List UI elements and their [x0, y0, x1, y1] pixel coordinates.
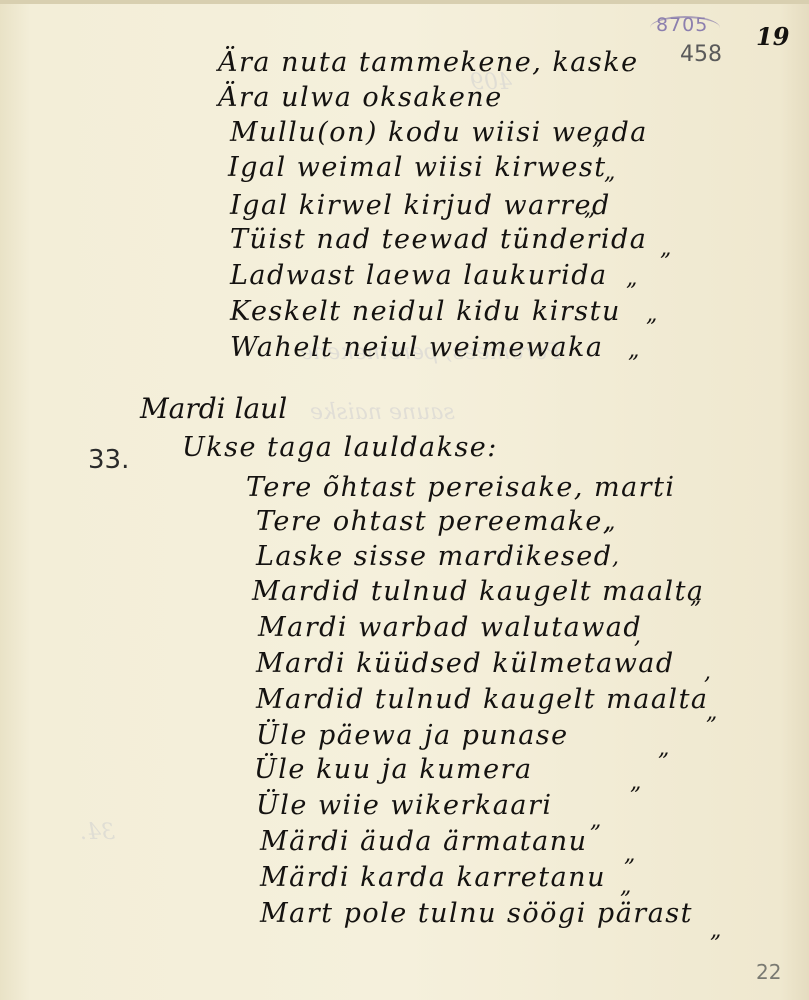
manuscript-page: 409 Peremees, peremekene saune naiske 34… [0, 0, 809, 1000]
ditto-mark: „ [630, 770, 641, 795]
song-title: Mardi laul [140, 392, 287, 425]
ditto-mark: „ [604, 510, 615, 535]
song-line: Mardid tulnud kaugelt maalta [256, 684, 709, 715]
ditto-mark: „ [590, 808, 601, 833]
ditto-mark: „ [592, 125, 603, 150]
song-line: Üle päewa ja punase [256, 720, 569, 751]
ditto-mark: „ [706, 700, 717, 725]
ditto-mark: „ [584, 196, 595, 221]
song-line: Märdi karda karretanu [260, 862, 606, 893]
song-line: Mardi warbad walutawad [258, 612, 642, 643]
verse-line: Ladwast laewa laukurida [230, 260, 608, 291]
ditto-mark: „ [604, 160, 615, 185]
ditto-mark: „ [624, 842, 635, 867]
ditto-mark: „ [710, 918, 721, 943]
verse-line: Ära nuta tammekene, kaske [218, 47, 639, 78]
song-line: Mardi küüdsed külmetawad [256, 648, 675, 679]
song-line: Mardid tulnud kaugelt maalta [252, 576, 705, 607]
verse-line: Ära ulwa oksakene [218, 82, 503, 113]
page-edge [0, 0, 809, 4]
song-line: Laske sisse mardikesed [256, 541, 613, 572]
ditto-mark: , [704, 660, 711, 685]
song-line: Mart pole tulnu söögi pärast [260, 898, 693, 929]
ditto-mark: , [612, 545, 619, 570]
bleed-through-text: saune naiske [310, 400, 455, 425]
archive-number: 458 [680, 42, 722, 67]
verse-line: Igal kirwel kirjud warred [230, 190, 611, 221]
song-line: Tere õhtast pereisake, marti [246, 472, 676, 503]
song-line: Üle kuu ja kumera [254, 754, 533, 785]
verse-line: Igal weimal wiisi kirwest [228, 152, 607, 183]
page-number: 22 [756, 960, 781, 984]
bleed-through-text: 34. [80, 820, 115, 845]
folio-number: 19 [756, 22, 789, 51]
song-line: Märdi äuda ärmatanu [260, 826, 588, 857]
ditto-mark: „ [660, 236, 671, 261]
ditto-mark: „ [658, 736, 669, 761]
ditto-mark: „ [628, 338, 639, 363]
ditto-mark: „ [626, 266, 637, 291]
ditto-mark: „ [620, 874, 631, 899]
verse-line: Mullu(on) kodu wiisi weada [230, 117, 648, 148]
song-line: Tere ohtast pereemake, [256, 506, 613, 537]
song-subtitle: Ukse taga lauldakse: [182, 432, 498, 463]
ditto-mark: „ [690, 584, 701, 609]
verse-line: Tüist nad teewad tünderida [230, 224, 647, 255]
song-line: Üle wiie wikerkaari [256, 790, 552, 821]
song-number: 33. [88, 445, 129, 475]
verse-line: Wahelt neiul weimewaka [230, 332, 604, 363]
verse-line: Keskelt neidul kidu kirstu [230, 296, 621, 327]
archive-stamp: 8705 [656, 14, 708, 36]
ditto-mark: , [634, 624, 641, 649]
ditto-mark: „ [646, 302, 657, 327]
